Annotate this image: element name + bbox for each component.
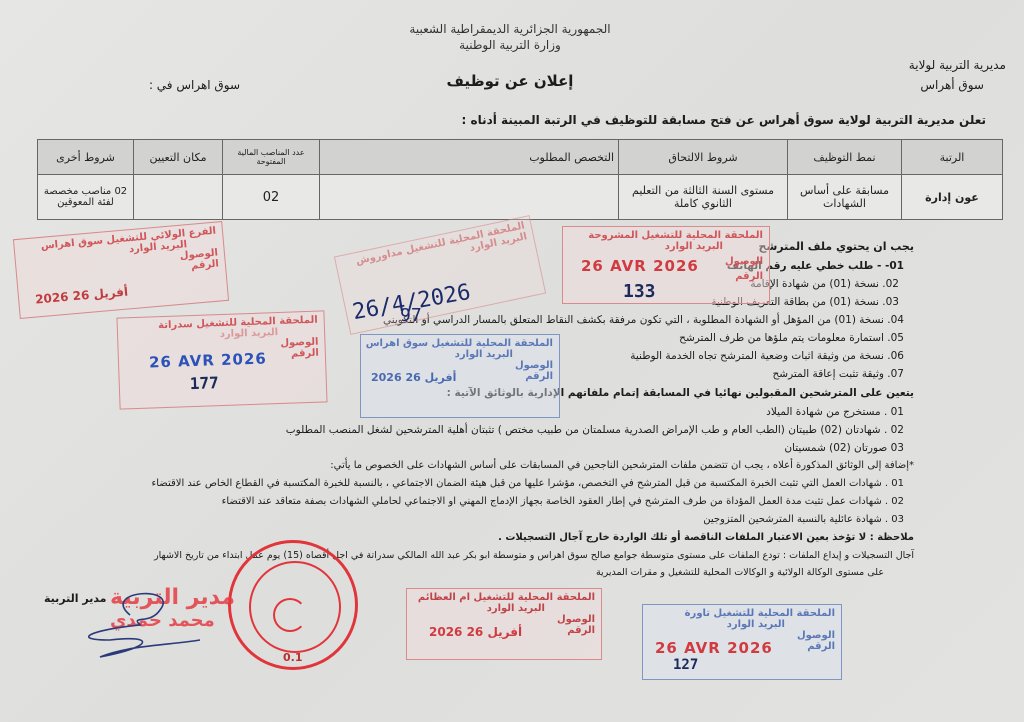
stamp-souk-ahras-local: الملحقة المحلية للتشغيل سوق اهراس البريد…	[360, 334, 560, 418]
handwritten-signature	[70, 585, 210, 665]
accepted-doc-3: 03 صورتان (02) شمسيتان	[784, 442, 904, 454]
file-item-7: 07. وثيقة تثبت إعاقة المترشح	[773, 368, 905, 380]
file-item-5: 05. استمارة معلومات يتم ملؤها من طرف الم…	[679, 332, 904, 344]
cell-assignment-place	[134, 175, 223, 220]
directorate-line-2: سوق أهراس	[920, 78, 984, 92]
file-item-6: 06. نسخة من وثيقة اثبات وضعية المترشح تج…	[630, 350, 904, 362]
stamp-sedrata: الملحقة المحلية للتشغيل سدراتة البريد ال…	[116, 310, 327, 409]
stamp-mechroha: الملحقة المحلية للتشغيل المشروحة البريد …	[562, 226, 770, 304]
stamp-number: 177	[189, 373, 219, 393]
stamp-date: 26 AVR 2026	[655, 639, 773, 657]
intro-text: تعلن مديرية التربية لولاية سوق أهراس عن …	[462, 113, 986, 127]
file-contents-heading: يجب ان يحتوي ملف المترشح	[759, 240, 914, 253]
additional-docs-heading: *إضافة إلى الوثائق المذكورة أعلاه ، يجب …	[330, 460, 914, 471]
stamp-agency: الملحقة المحلية للتشغيل سوق اهراس	[367, 338, 553, 349]
document-title: إعلان عن توظيف	[380, 72, 640, 90]
stamp-taoura: الملحقة المحلية للتشغيل تاورة البريد الو…	[642, 604, 842, 680]
crescent-icon	[273, 598, 307, 632]
stamp-agency: الملحقة المحلية للتشغيل تاورة	[649, 608, 835, 619]
additional-doc-2: 02 . شهادات عمل تثبت مدة العمل المؤداة م…	[222, 496, 904, 507]
stamp-date: 26 AVR 2026	[581, 257, 699, 275]
cell-conditions: مستوى السنة الثالثة من التعليم الثانوي ك…	[619, 175, 788, 220]
cell-rank: عون إدارة	[902, 175, 1003, 220]
handwritten-number: 97	[400, 305, 422, 326]
stamp-mail: البريد الوارد	[649, 619, 835, 630]
stamp-date: 26 AVR 2026	[149, 349, 267, 371]
header-conditions: شروط الالتحاق	[619, 140, 788, 175]
stamp-agency: الملحقة المحلية للتشغيل ام العظائم	[413, 592, 595, 603]
additional-doc-1: 01 . شهادات العمل التي تثبت الخبرة المكت…	[152, 478, 904, 489]
stamp-number: 133	[623, 281, 656, 302]
file-item-4: 04. نسخة (01) من المؤهل أو الشهادة المطل…	[383, 314, 904, 326]
stamp-mail: البريد الوارد	[569, 241, 763, 252]
stamp-arrival: الوصول	[367, 360, 553, 371]
accepted-doc-2: 02 . شهادتان (02) طبيتان (الطب العام و ط…	[286, 424, 904, 436]
deadline-line-2: على مستوى الوكالة الولائية و الوكالات ال…	[596, 567, 884, 578]
official-seal: 0.1	[228, 540, 358, 670]
cell-specialty	[320, 175, 619, 220]
stamp-wilaya-employment: الفرع الولائي للتشغيل سوق اهراس البريد ا…	[13, 221, 229, 319]
header-open-posts: عدد المناصب المالية المفتوحة	[223, 140, 320, 175]
stamp-number: 127	[673, 657, 698, 673]
additional-doc-3: 03 . شهادة عائلية بالنسبة المترشحين المت…	[703, 514, 904, 525]
header-rank: الرتبة	[902, 140, 1003, 175]
note: ملاحظة : لا تؤخذ بعين الاعتبار الملفات ا…	[498, 532, 914, 543]
announcement-document: الجمهورية الجزائرية الديمقراطية الشعبية …	[0, 0, 1024, 722]
cell-open-posts: 02	[223, 175, 320, 220]
stamp-date: 2026 أفريل 26	[429, 625, 522, 639]
stamp-date: 2026 أفريل 26	[35, 284, 129, 306]
header-recruitment-mode: نمط التوظيف	[788, 140, 902, 175]
stamp-mail: البريد الوارد	[413, 603, 595, 614]
place-date: سوق اهراس في :	[150, 78, 240, 92]
stamp-agency: الملحقة المحلية للتشغيل المشروحة	[569, 230, 763, 241]
recruitment-table: الرتبة نمط التوظيف شروط الالتحاق التخصص …	[37, 139, 1003, 220]
stamp-arrival: الوصول	[413, 614, 595, 625]
cell-other-conditions: 02 مناصب مخصصة لفئة المعوقين	[38, 175, 134, 220]
cell-recruitment-mode: مسابقة على أساس الشهادات	[788, 175, 902, 220]
header-specialty: التخصص المطلوب	[320, 140, 619, 175]
table-header-row: الرتبة نمط التوظيف شروط الالتحاق التخصص …	[38, 140, 1003, 175]
file-item-2: 02. نسخة (01) من شهادة الإقامة	[750, 278, 899, 290]
republic-header: الجمهورية الجزائرية الديمقراطية الشعبية	[380, 22, 640, 36]
stamp-date: 2026 أفريل 26	[371, 371, 456, 384]
table-row: عون إدارة مسابقة على أساس الشهادات مستوى…	[38, 175, 1003, 220]
stamp-mail: البريد الوارد	[367, 349, 553, 360]
accepted-doc-1: 01 . مستخرج من شهادة الميلاد	[766, 406, 904, 418]
directorate-line-1: مديرية التربية لولاية	[909, 58, 1006, 72]
ministry-header: وزارة التربية الوطنية	[380, 38, 640, 52]
stamp-oum-el-adhaim: الملحقة المحلية للتشغيل ام العظائم البري…	[406, 588, 602, 660]
header-other-conditions: شروط أخرى	[38, 140, 134, 175]
header-assignment-place: مكان التعيين	[134, 140, 223, 175]
seal-code: 0.1	[283, 651, 303, 664]
